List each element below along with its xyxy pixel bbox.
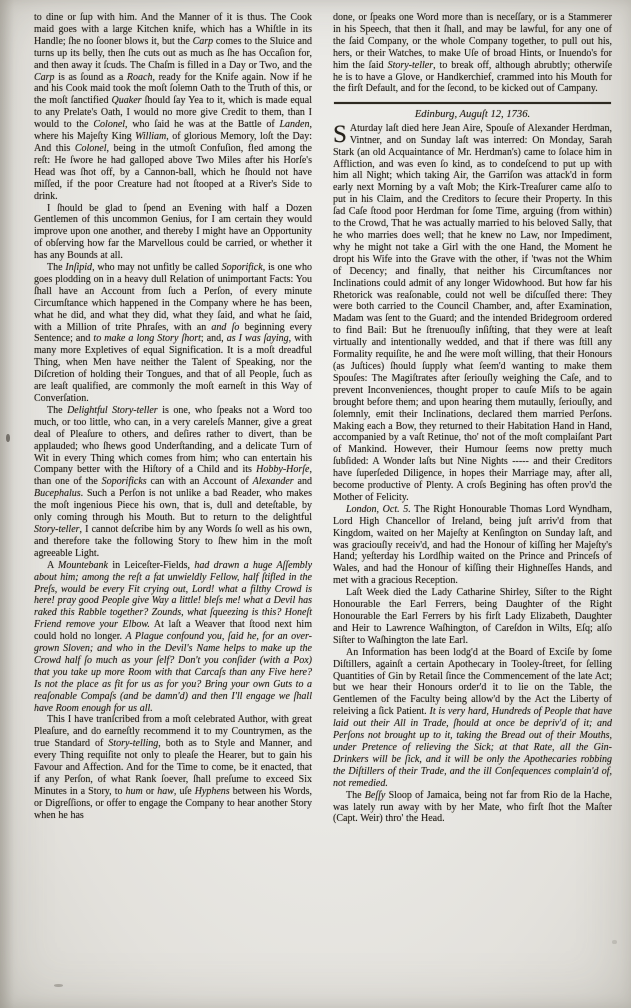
text-segment: to make a long Story ſhort	[93, 333, 200, 344]
text-segment: Beſſy	[365, 790, 386, 801]
text-segment: Hyphens	[195, 786, 230, 797]
text-segment: Story-telling	[108, 738, 158, 749]
storyteller-carp-paragraph: to dine or ſup with him. And the Manner …	[34, 12, 312, 203]
text-segment: and	[294, 476, 312, 487]
two-column-layout: to dine or ſup with him. And the Manner …	[34, 12, 612, 825]
insipid-soporifick-paragraph: The Inſipid, who may not unfitly be call…	[34, 262, 312, 405]
text-segment: Colonel	[75, 143, 107, 154]
storytelling-standard-paragraph: This I have tranſcribed from a moſt cele…	[34, 714, 312, 821]
text-segment: London, Oct. 5.	[346, 504, 411, 515]
text-segment: Story-teller	[388, 60, 434, 71]
bessy-sloop-article: The Beſſy Sloop of Jamaica, being not fa…	[333, 790, 612, 826]
drop-cap-s: S	[333, 123, 350, 145]
section-divider-rule	[334, 102, 611, 104]
text-segment: Soporifick	[222, 262, 263, 273]
text-segment: Bucephalus	[34, 488, 81, 499]
mountebank-anecdote-paragraph: A Mountebank in Leiceſter-Fields, had dr…	[34, 560, 312, 715]
text-segment: Carp	[193, 36, 214, 47]
text-segment: is as ſound as a	[55, 72, 127, 83]
text-segment: in Leiceſter-Fields,	[108, 560, 194, 571]
text-segment: The	[47, 262, 65, 273]
text-segment: , who ſaid he was at the Battle of	[125, 119, 279, 130]
storytelling-rules-continuation: done, or ſpeaks one Word more than is ne…	[333, 12, 612, 95]
text-segment: The Right Honourable Thomas Lord Wyndham…	[333, 504, 612, 586]
text-segment: Inſipid	[65, 262, 92, 273]
gin-excise-article: An Information has been lodg'd at the Bo…	[333, 647, 612, 790]
text-segment: Soporificks	[102, 476, 147, 487]
text-segment: William	[135, 131, 166, 142]
evening-wish-paragraph: I ſhould be glad to ſpend an Evening wit…	[34, 203, 312, 263]
herdman-article-text: Aturday laſt died here Jean Aire, Spouſe…	[333, 123, 612, 503]
edinburgh-dateline: Edinburg, Auguſt 12, 1736.	[333, 109, 612, 122]
text-segment: Colonel	[93, 119, 125, 130]
text-segment: Aturday laſt died here Jean Aire, Spouſe…	[333, 123, 612, 503]
scan-edge-shading	[0, 0, 14, 1008]
text-segment: Roach	[127, 72, 153, 83]
text-segment: Carp	[34, 72, 55, 83]
herdman-marriage-article: SAturday laſt died here Jean Aire, Spouſ…	[333, 123, 612, 504]
text-segment: Laſt Week died the Lady Catharine Shirle…	[333, 587, 612, 646]
right-column: done, or ſpeaks one Word more than is ne…	[333, 12, 612, 825]
text-segment: Alexander	[253, 476, 294, 487]
ink-smudge	[54, 984, 63, 987]
text-segment: The	[346, 790, 365, 801]
text-segment: A Plague confound you, ſaid he, for an o…	[34, 631, 312, 713]
newspaper-page: to dine or ſup with him. And the Manner …	[0, 0, 631, 1008]
text-segment: Quaker	[112, 95, 142, 106]
delightful-storyteller-paragraph: The Delightful Story-teller is one, who …	[34, 405, 312, 560]
text-segment: , with many more Expletives of equal Sig…	[34, 333, 312, 404]
lady-shirley-obituary: Laſt Week died the Lady Catharine Shirle…	[333, 587, 612, 647]
ink-speck	[612, 940, 617, 944]
text-segment: or	[143, 786, 157, 797]
text-segment: The	[47, 405, 67, 416]
text-segment: It is very hard, Hundreds of People that…	[333, 706, 612, 788]
london-wyndham-article: London, Oct. 5. The Right Honourable Tho…	[333, 504, 612, 587]
left-column: to dine or ſup with him. And the Manner …	[34, 12, 312, 825]
text-segment: haw	[157, 786, 174, 797]
text-segment: Delightful Story-teller	[67, 405, 158, 416]
text-segment: Story-teller	[34, 524, 80, 535]
text-segment: as I was ſaying	[227, 333, 289, 344]
text-segment: A	[47, 560, 58, 571]
text-segment: and ſo	[211, 322, 239, 333]
ink-speck	[6, 434, 10, 442]
text-segment: Landen	[280, 119, 310, 130]
text-segment: , who may not unfitly be called	[92, 262, 222, 273]
text-segment: can with an Account of	[147, 476, 253, 487]
text-segment: , uſe	[174, 786, 195, 797]
text-segment: hum	[126, 786, 143, 797]
text-segment: Hobby-Horſe	[256, 464, 309, 475]
text-segment: Mountebank	[58, 560, 108, 571]
text-segment: I ſhould be glad to ſpend an Evening wit…	[34, 203, 312, 262]
text-segment: ; and,	[201, 333, 227, 344]
